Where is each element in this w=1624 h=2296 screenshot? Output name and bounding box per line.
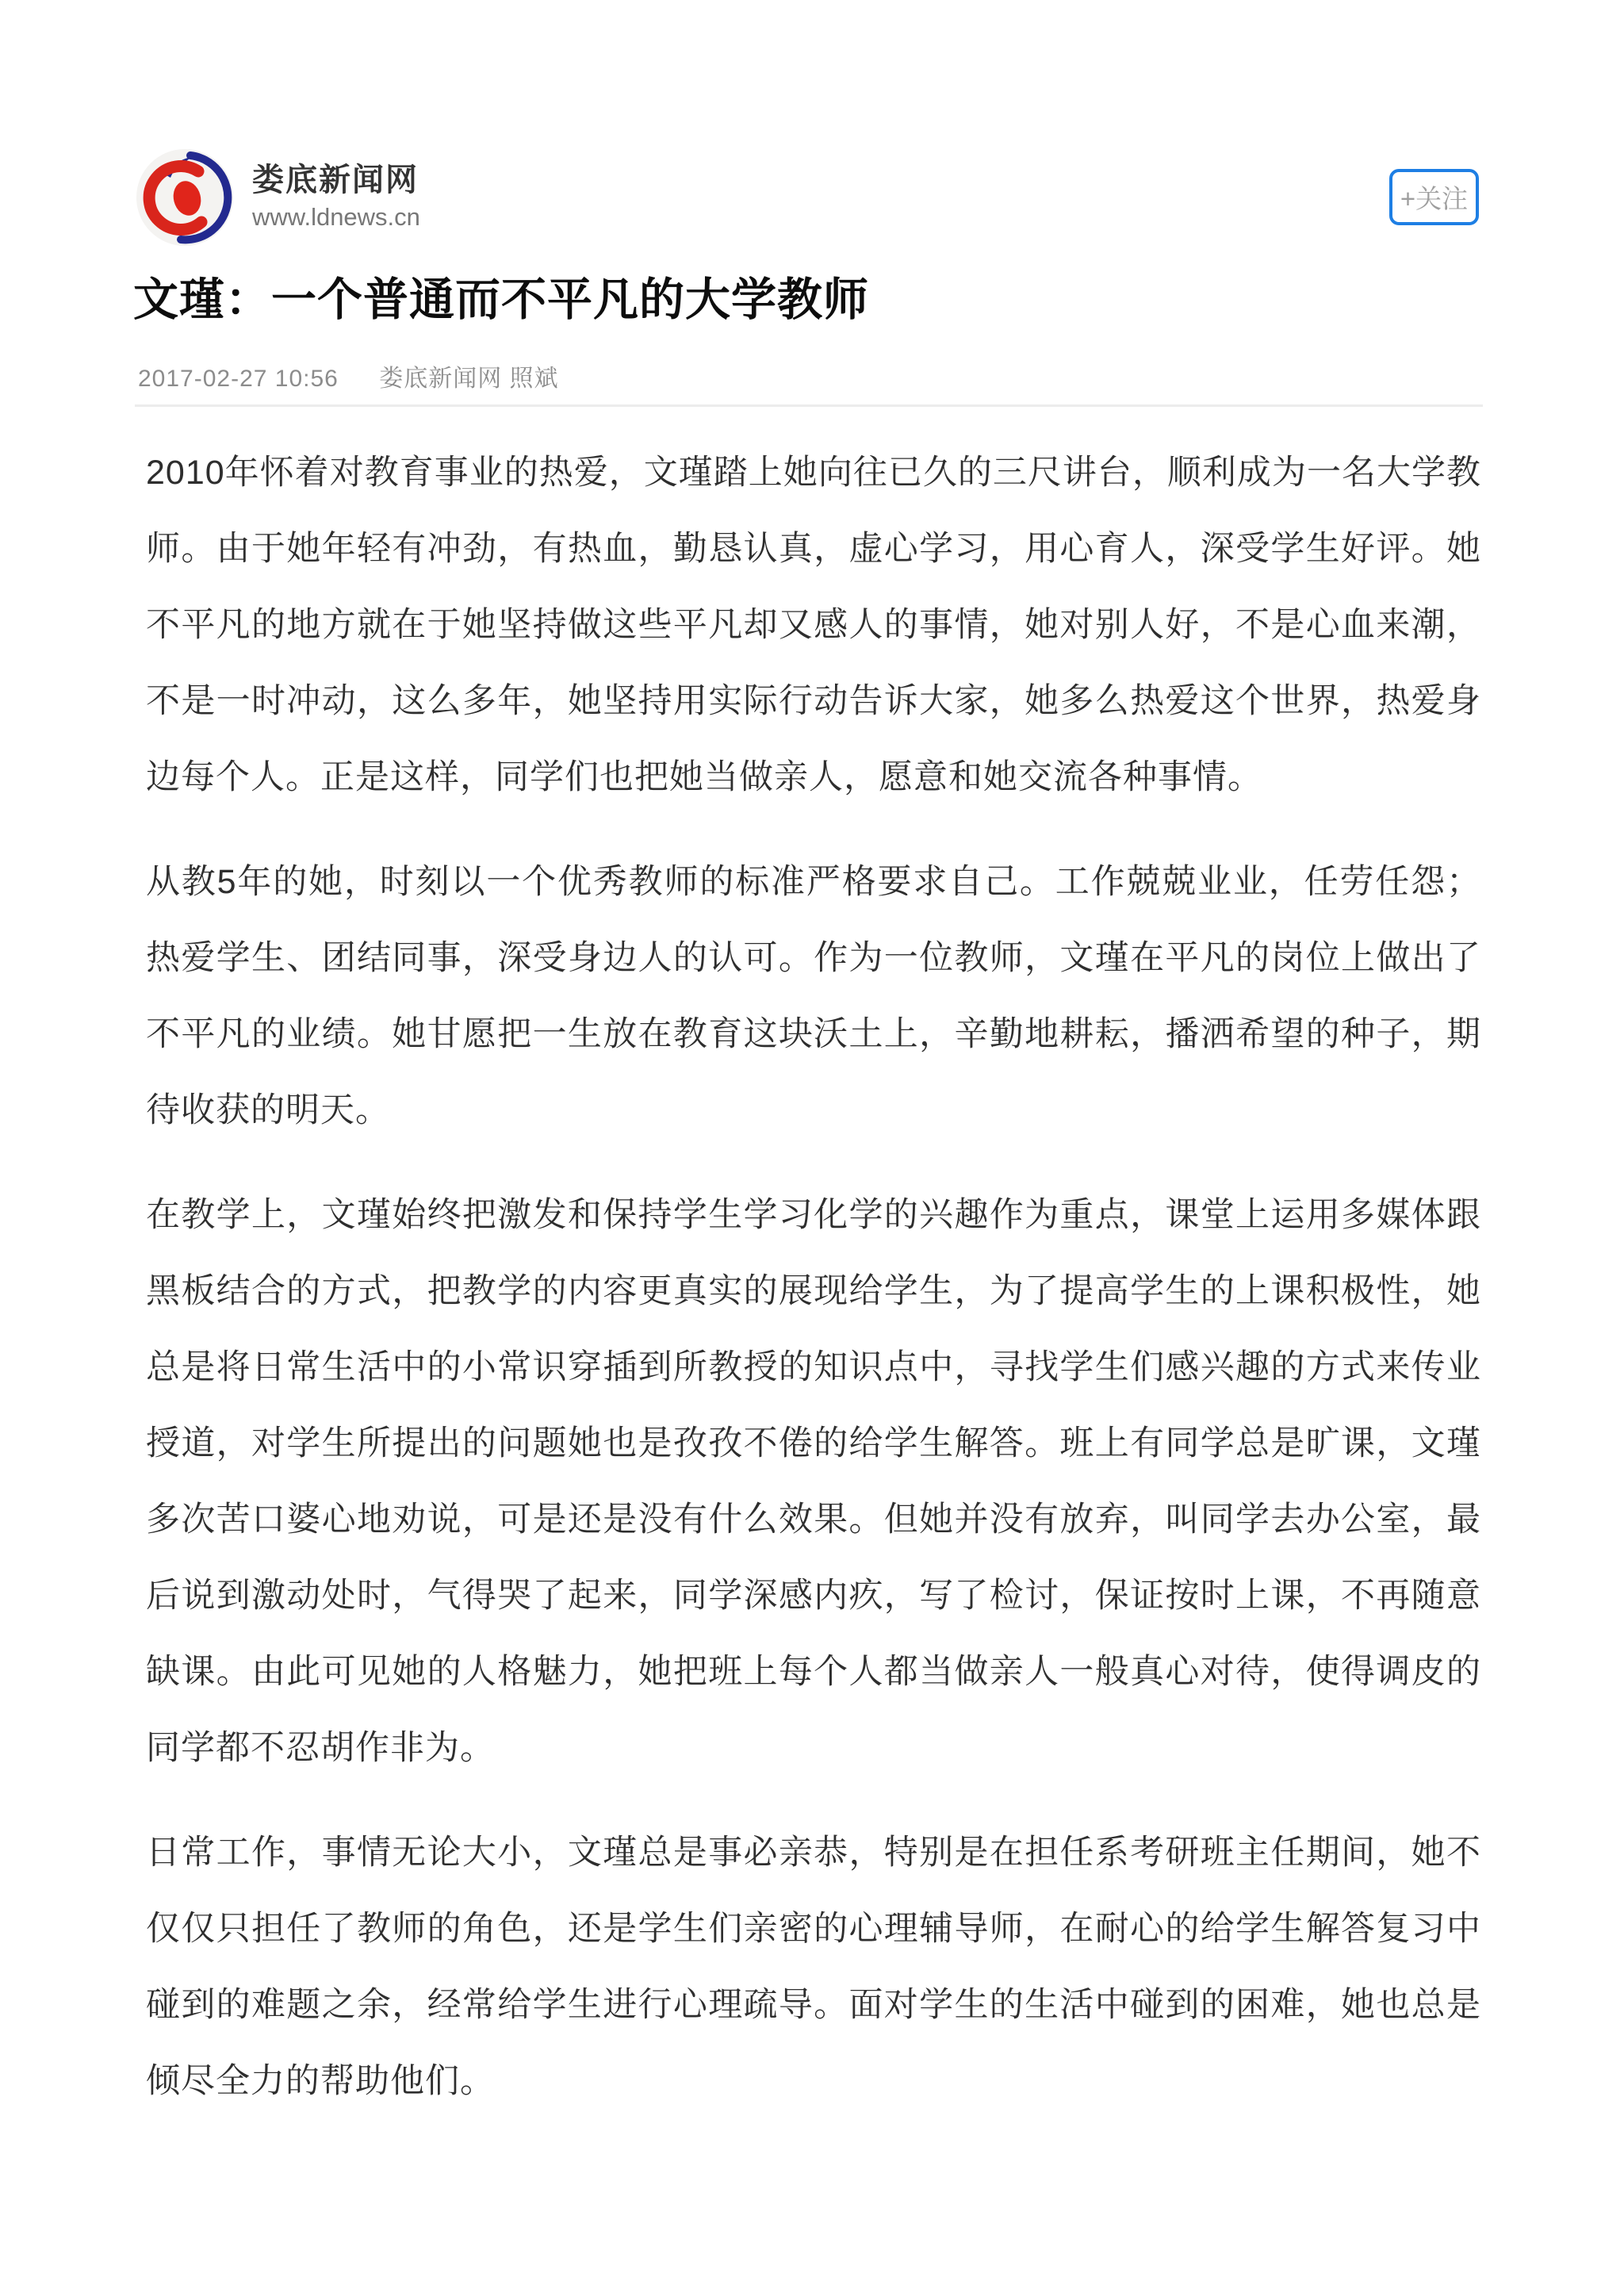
paragraph: 在教学上，文瑾始终把激发和保持学生学习化学的兴趣作为重点，课堂上运用多媒体跟黑板… [146, 1177, 1481, 1786]
news-article-page: 娄底新闻网 www.ldnews.cn +关注 文瑾：一个普通而不平凡的大学教师… [0, 0, 1624, 2296]
article-body: 2010年怀着对教育事业的热爱，文瑾踏上她向往已久的三尺讲台，顺利成为一名大学教… [146, 435, 1481, 2119]
article-title: 文瑾：一个普通而不平凡的大学教师 [133, 274, 1491, 327]
site-logo-icon [135, 148, 235, 247]
header-divider [135, 404, 1483, 407]
article-meta: 2017-02-27 10:56 娄底新闻网 照斌 [138, 358, 559, 393]
paragraph: 从教5年的她，时刻以一个优秀教师的标准严格要求自己。工作兢兢业业，任劳任怨；热爱… [146, 844, 1481, 1148]
masthead[interactable]: 娄底新闻网 www.ldnews.cn [135, 148, 420, 247]
site-name: 娄底新闻网 [252, 162, 420, 198]
article-date: 2017-02-27 10:56 [138, 366, 339, 392]
site-url: www.ldnews.cn [252, 201, 420, 233]
article-source: 娄底新闻网 照斌 [379, 366, 558, 392]
paragraph: 2010年怀着对教育事业的热爱，文瑾踏上她向往已久的三尺讲台，顺利成为一名大学教… [146, 435, 1481, 815]
follow-button[interactable]: +关注 [1389, 169, 1479, 225]
paragraph: 日常工作，事情无论大小，文瑾总是事必亲恭，特别是在担任系考研班主任期间，她不仅仅… [146, 1815, 1481, 2119]
logo-text-block: 娄底新闻网 www.ldnews.cn [252, 162, 420, 233]
